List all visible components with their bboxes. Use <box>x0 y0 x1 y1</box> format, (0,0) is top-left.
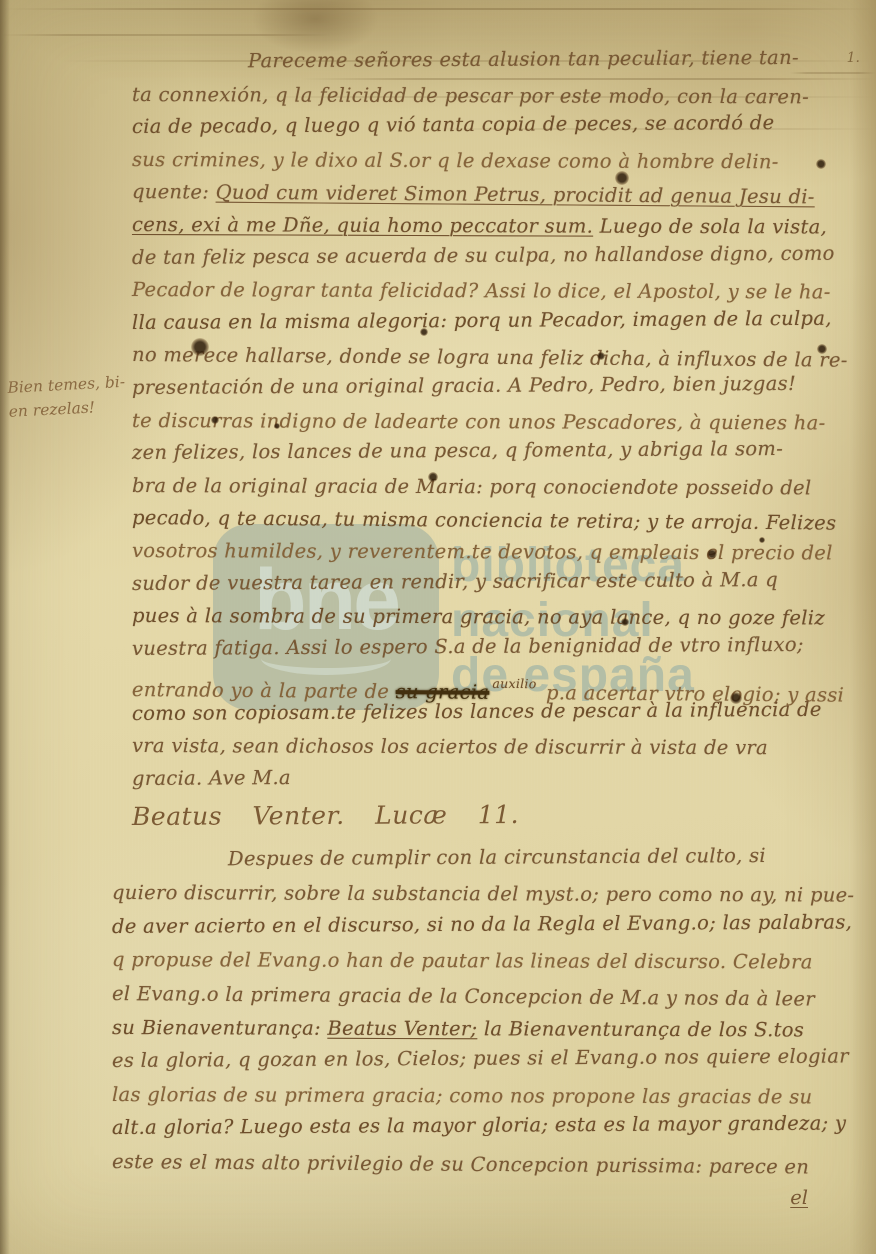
text-segment: la Bienaventurança de los S.tos <box>477 1017 804 1041</box>
paper-crease-line <box>0 8 876 10</box>
manuscript-line: sudor de vuestra tarea en rendir, y sacr… <box>132 563 856 600</box>
text-segment: este es el mas alto privilegio de su Con… <box>112 1150 809 1178</box>
manuscript-page: 1. Bien temes, bi- en rezelas! bne bibli… <box>0 0 876 1254</box>
text-segment: pecado, q te acusa, tu misma conciencia … <box>132 506 837 535</box>
text-segment: quente: <box>132 180 216 204</box>
text-segment: el Evang.o la primera gracia de la Conce… <box>112 982 815 1011</box>
text-segment: es la gloria, q gozan en los, Cielos; pu… <box>112 1045 849 1073</box>
text-segment: Despues de cumplir con la circunstancia … <box>228 844 766 870</box>
manuscript-line: es la gloria, q gozan en los, Cielos; pu… <box>112 1040 856 1078</box>
text-segment: vra vista, sean dichosos los aciertos de… <box>132 734 768 759</box>
manuscript-line: como son copiosam.te felizes los lances … <box>132 693 856 730</box>
text-segment: te discurras indigno de ladearte con uno… <box>132 409 826 434</box>
text-segment: Pareceme señores esta alusion tan peculi… <box>248 46 799 72</box>
text-segment: gracia. Ave M.a <box>132 766 291 790</box>
text-segment: las glorias de su primera gracia; como n… <box>112 1083 813 1108</box>
manuscript-line: Pareceme señores esta alusion tan peculi… <box>132 42 856 79</box>
text-segment: cia de pecado, q luego q vió tanta copia… <box>132 111 775 138</box>
manuscript-line: lla causa en la misma alegoria: porq un … <box>132 302 856 339</box>
text-area: Pareceme señores esta alusion tan peculi… <box>132 46 856 1209</box>
text-segment: presentación de una original gracia. A P… <box>132 372 796 399</box>
underlined-latin-text: cens, exi à me Dñe, quia homo peccator s… <box>132 213 593 238</box>
manuscript-line: Despues de cumplir con la circunstancia … <box>112 838 856 876</box>
section-heading: Beatus Venter. Lucæ 11. <box>132 792 856 838</box>
text-segment: su Bienaventurança: <box>112 1016 327 1040</box>
paper-crease-line <box>0 34 330 36</box>
main-text-block-2: Despues de cumplir con la circunstancia … <box>112 843 856 1179</box>
main-text-block-1: Pareceme señores esta alusion tan peculi… <box>132 46 856 796</box>
text-segment: bra de la original gracia de Maria: porq… <box>132 474 812 499</box>
manuscript-line: vuestra fatiga. Assi lo espero S.a de la… <box>132 628 856 665</box>
text-segment: lla causa en la misma alegoria: porq un … <box>132 306 832 333</box>
text-segment: pues à la sombra de su primera gracia, n… <box>132 604 825 629</box>
manuscript-line: de tan feliz pesca se acuerda de su culp… <box>132 237 856 274</box>
inserted-correction: auxilio <box>492 676 536 691</box>
text-segment: q propuse del Evang.o han de pautar las … <box>112 948 813 973</box>
text-segment: ta connexión, q la felicidad de pescar p… <box>132 83 809 108</box>
catchword: el <box>132 1186 856 1209</box>
text-segment: quiero discurrir, sobre la substancia de… <box>112 881 854 907</box>
text-segment: Luego de sola la vista, <box>593 215 827 239</box>
manuscript-line: cia de pecado, q luego q vió tanta copia… <box>132 107 856 144</box>
manuscript-line: bra de la original gracia de Maria: porq… <box>132 470 856 505</box>
manuscript-line: de aver acierto en el discurso, si no da… <box>112 905 856 943</box>
text-segment: vuestra fatiga. Assi lo espero S.a de la… <box>132 633 804 660</box>
manuscript-line: presentación de una original gracia. A P… <box>132 368 856 405</box>
manuscript-line: q propuse del Evang.o han de pautar las … <box>112 943 856 979</box>
text-segment: Pecador de lograr tanta felicidad? Assi … <box>132 278 831 303</box>
text-segment: vosotros humildes, y reverentem.te devot… <box>132 539 833 564</box>
underlined-latin-text: Quod cum videret Simon Petrus, procidit … <box>216 181 815 209</box>
text-segment: alt.a gloria? Luego esta es la mayor glo… <box>112 1112 846 1139</box>
text-segment: sus crimines, y le dixo al S.or q le dex… <box>132 148 779 173</box>
text-segment: de aver acierto en el discurso, si no da… <box>112 910 852 938</box>
text-segment: de tan feliz pesca se acuerda de su culp… <box>132 241 835 268</box>
text-segment: zen felizes, los lances de una pesca, q … <box>132 437 783 464</box>
manuscript-line: este es el mas alto privilegio de su Con… <box>112 1145 856 1184</box>
text-segment: sudor de vuestra tarea en rendir, y sacr… <box>132 568 778 595</box>
underlined-latin-text: Beatus Venter; <box>327 1016 477 1040</box>
manuscript-line: gracia. Ave M.a <box>132 759 856 796</box>
manuscript-line: alt.a gloria? Luego esta es la mayor glo… <box>112 1107 856 1145</box>
text-segment: como son copiosam.te felizes los lances … <box>132 698 822 725</box>
manuscript-line: zen felizes, los lances de una pesca, q … <box>132 433 856 470</box>
manuscript-line: sus crimines, y le dixo al S.or q le dex… <box>132 144 856 179</box>
